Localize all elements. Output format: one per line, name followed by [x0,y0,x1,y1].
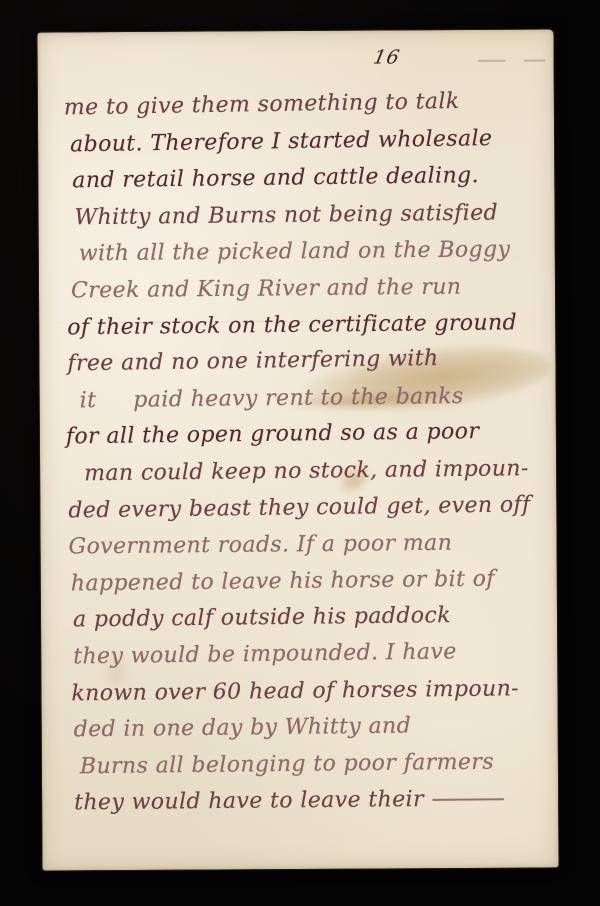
text-line-content: of their stock on the certificate ground [67,310,517,340]
text-line: Whitty and Burns not being satisfied [64,195,544,237]
pencil-dash-mark [524,59,546,61]
text-line-content: with all the picked land on the Boggy [79,238,511,267]
text-line-content: they would be impounded. I have [73,639,457,669]
text-line: me to give them something to talk [64,82,545,127]
text-line-content: Government roads. If a poor man [68,531,452,560]
text-line: with all the picked land on the Boggy [65,232,545,273]
text-line-content: free and no one interfering with [67,346,438,377]
text-line: Burns all belonging to poor farmers [68,744,548,786]
line-end-flourish [432,799,504,802]
text-line: a poddy calf outside his paddock [67,597,547,639]
text-line: about. Therefore I started wholesale [64,120,544,164]
text-line-content: Creek and King River and the run [71,275,462,304]
text-line-content: they would have to leave their [74,787,424,815]
handwritten-text-body: me to give them something to talk about.… [64,87,548,822]
text-line: free and no one interfering with [65,339,545,383]
text-line-content: known over 60 head of horses impoun- [71,676,519,706]
text-line: ded every beast they could get, even off [66,487,546,530]
text-line: Creek and King River and the run [65,269,545,310]
text-line: and retail horse and cattle dealing. [64,157,544,200]
text-line: man could keep no stock, and impoun- [66,451,546,493]
text-line-content: it paid heavy rent to the banks [80,384,464,413]
text-line: for all the open ground so as a poor [66,413,546,456]
text-line: known over 60 head of horses impoun- [67,670,547,712]
text-line-content: and retail horse and cattle dealing. [72,163,479,193]
text-line-content: for all the open ground so as a poor [66,419,480,449]
text-line-content: man could keep no stock, and impoun- [84,456,529,486]
text-line-content: ded every beast they could get, even off [68,492,531,523]
text-line: ded in one day by Whitty and [68,707,548,749]
pencil-dash-mark [478,60,506,62]
text-line-content: Whitty and Burns not being satisfied [74,200,498,230]
text-line-content: me to give them something to talk [64,89,460,121]
text-line-content: a poddy calf outside his paddock [73,603,451,632]
manuscript-page: 16 me to give them something to talk abo… [37,29,558,870]
text-line: they would have to leave their [68,781,548,822]
text-line-content: ded in one day by Whitty and [74,714,412,743]
text-line-content: happened to leave his horse or bit of [71,566,495,596]
text-line-content: about. Therefore I started wholesale [70,126,493,157]
text-line: happened to leave his horse or bit of [67,561,547,603]
text-line-content: Burns all belonging to poor farmers [80,749,494,779]
page-number: 16 [371,46,402,68]
text-line: Government roads. If a poor man [66,525,546,566]
text-line: they would be impounded. I have [67,633,547,676]
